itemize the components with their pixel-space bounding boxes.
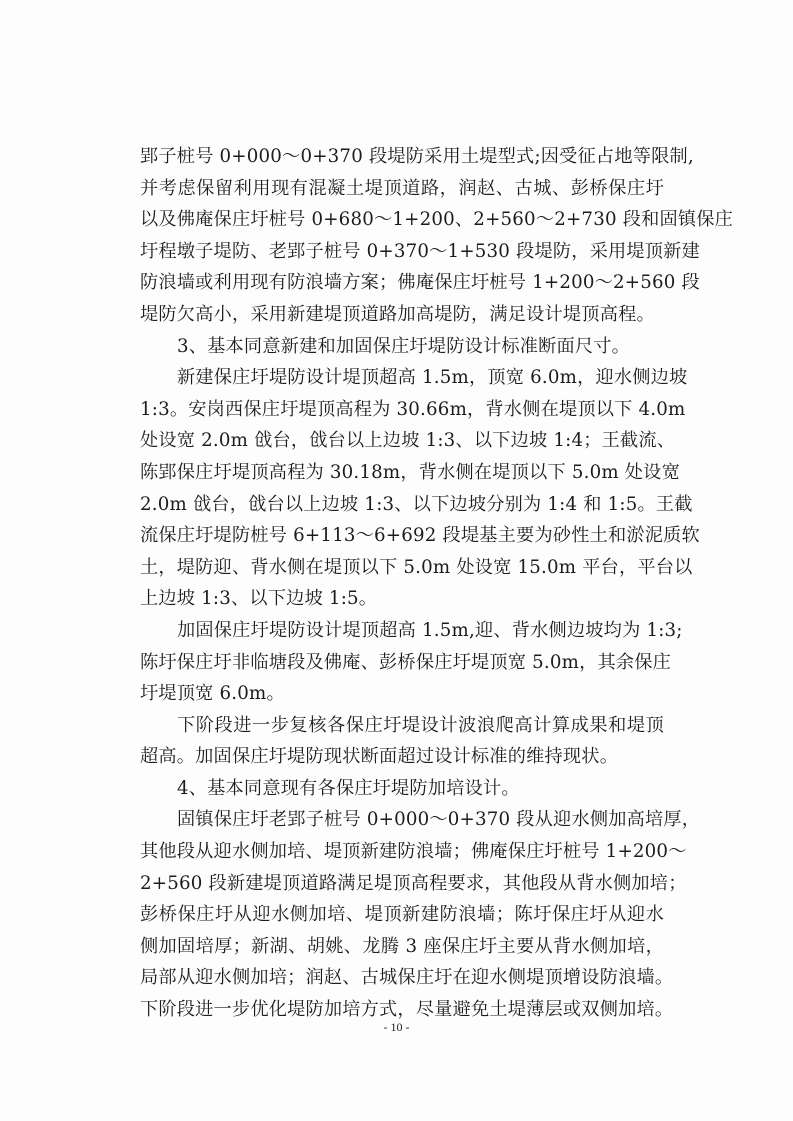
text-line: 下阶段进一步复核各保庄圩堤设计波浪爬高计算成果和堤顶 <box>140 710 664 742</box>
text-line: 1:3。安岗西保庄圩堤顶高程为 30.66m，背水侧在堤顶以下 4.0m <box>140 394 664 426</box>
text-line: 新建保庄圩堤防设计堤顶超高 1.5m，顶宽 6.0m，迎水侧边坡 <box>140 362 664 394</box>
text-line: 处设宽 2.0m 戗台，戗台以上边坡 1:3、以下边坡 1:4；王截流、 <box>140 425 664 457</box>
text-line: 郢子桩号 0+000～0+370 段堤防采用土堤型式;因受征占地等限制, <box>140 141 664 173</box>
text-line: 陈圩保庄圩非临塘段及佛庵、彭桥保庄圩堤顶宽 5.0m，其余保庄 <box>140 647 664 679</box>
page-number: - 10 - <box>0 1020 793 1035</box>
text-line: 圩程墩子堤防、老郢子桩号 0+370～1+530 段堤防，采用堤顶新建 <box>140 236 664 268</box>
text-line: 固镇保庄圩老郢子桩号 0+000～0+370 段从迎水侧加高培厚， <box>140 804 664 836</box>
body-text: 郢子桩号 0+000～0+370 段堤防采用土堤型式;因受征占地等限制,并考虑保… <box>140 141 664 1026</box>
text-line: 堤防欠高小，采用新建堤顶道路加高堤防，满足设计堤顶高程。 <box>140 299 664 331</box>
text-line: 陈郢保庄圩堤顶高程为 30.18m，背水侧在堤顶以下 5.0m 处设宽 <box>140 457 664 489</box>
text-line: 局部从迎水侧加培；润赵、古城保庄圩在迎水侧堤顶增设防浪墙。 <box>140 962 664 994</box>
text-line: 其他段从迎水侧加培、堤顶新建防浪墙；佛庵保庄圩桩号 1+200～ <box>140 836 664 868</box>
text-line: 4、基本同意现有各保庄圩堤防加培设计。 <box>140 773 664 805</box>
text-line: 2.0m 戗台，戗台以上边坡 1:3、以下边坡分别为 1:4 和 1:5。王截 <box>140 489 664 521</box>
text-line: 上边坡 1:3、以下边坡 1:5。 <box>140 583 664 615</box>
text-line: 流保庄圩堤防桩号 6+113～6+692 段堤基主要为砂性土和淤泥质软 <box>140 520 664 552</box>
text-line: 防浪墙或利用现有防浪墙方案；佛庵保庄圩桩号 1+200～2+560 段 <box>140 267 664 299</box>
text-line: 加固保庄圩堤防设计堤顶超高 1.5m,迎、背水侧边坡均为 1:3; <box>140 615 664 647</box>
text-line: 3、基本同意新建和加固保庄圩堤防设计标准断面尺寸。 <box>140 331 664 363</box>
text-line: 圩堤顶宽 6.0m。 <box>140 678 664 710</box>
text-line: 2+560 段新建堤顶道路满足堤顶高程要求，其他段从背水侧加培； <box>140 868 664 900</box>
text-line: 超高。加固保庄圩堤防现状断面超过设计标准的维持现状。 <box>140 741 664 773</box>
text-line: 侧加固培厚；新湖、胡姚、龙腾 3 座保庄圩主要从背水侧加培， <box>140 931 664 963</box>
text-line: 以及佛庵保庄圩桩号 0+680～1+200、2+560～2+730 段和固镇保庄 <box>140 204 664 236</box>
document-page: 郢子桩号 0+000～0+370 段堤防采用土堤型式;因受征占地等限制,并考虑保… <box>0 0 793 1121</box>
text-line: 彭桥保庄圩从迎水侧加培、堤顶新建防浪墙；陈圩保庄圩从迎水 <box>140 899 664 931</box>
text-line: 土，堤防迎、背水侧在堤顶以下 5.0m 处设宽 15.0m 平台，平台以 <box>140 552 664 584</box>
text-line: 并考虑保留利用现有混凝土堤顶道路，润赵、古城、彭桥保庄圩 <box>140 173 664 205</box>
